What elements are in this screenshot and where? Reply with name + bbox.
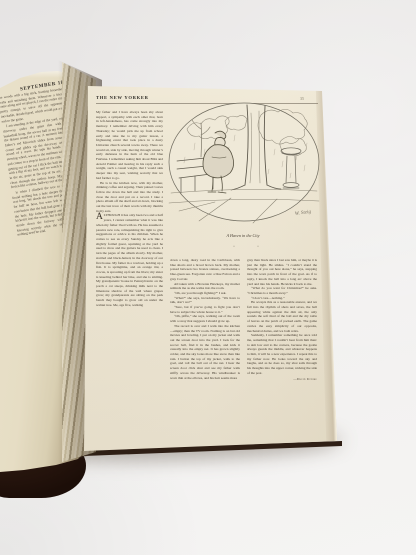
cartoonist-signature: W. Steig — [295, 210, 312, 217]
paragraph: “Oh, piffle,” she says, walking out of t… — [170, 314, 240, 323]
cartoon-illustration: W. Steig — [165, 99, 323, 231]
cartoon-caption: A Haven in the City — [165, 233, 321, 238]
text-column-1: My father and I have always been shy abo… — [96, 110, 163, 442]
text-column-2: down a long, dusty road in the Caribbean… — [170, 258, 240, 436]
dropcap-paragraph: ALTHOUGH it has only been two and a half… — [96, 213, 163, 307]
paragraph: down a long, dusty road in the Caribbean… — [170, 258, 240, 282]
paragraph: gray than black since I last saw him, or… — [247, 258, 317, 286]
magazine-title: THE NEW YORKER — [96, 95, 149, 100]
paragraph: He is in the kitchen now, with my mother… — [96, 181, 163, 214]
author-byline: —David Updike — [247, 377, 317, 382]
paragraph: My father and I have always been shy abo… — [96, 110, 163, 181]
text-column-3: gray than black since I last saw him, or… — [247, 258, 317, 420]
paragraph: The record is over and I walk into the k… — [170, 324, 240, 380]
paragraph: “What?” she says, incredulously. “We hav… — [170, 296, 240, 305]
paragraph: He accepts this as a reasonable answer, … — [247, 300, 317, 333]
drop-cap: A — [96, 213, 103, 222]
park-scene-drawing: W. Steig — [165, 99, 323, 231]
dropcap-paragraph-text: LTHOUGH it has only been two and a half … — [96, 213, 163, 306]
section-break-dots: ·· — [196, 244, 296, 250]
photograph-of-open-magazine: SEPTEMBER 18 the woods with a big stick,… — [0, 0, 416, 555]
paragraph: All taken with a Brownie Hawkeye, my mot… — [170, 282, 240, 291]
paragraph: Suddenly, I remember something he once t… — [247, 333, 317, 375]
paragraph: “What do you want for Christmas?” he ask… — [247, 286, 317, 295]
